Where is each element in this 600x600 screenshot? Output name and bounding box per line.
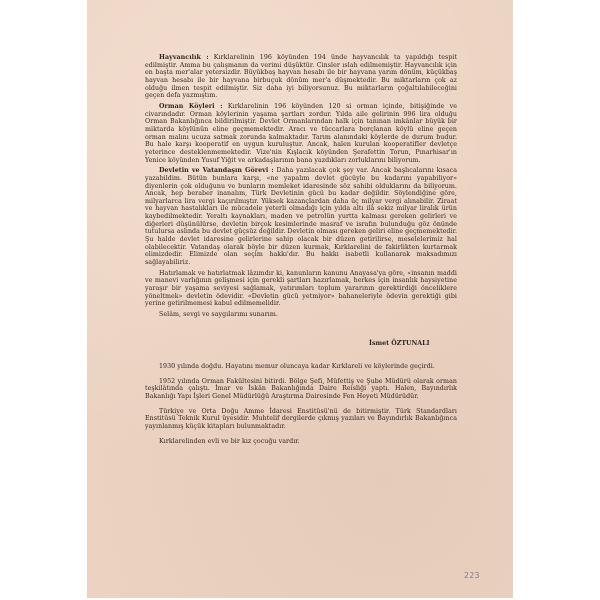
- paragraph-text: Kırklarelinin 196 köyünden 194 ünde hayv…: [145, 54, 457, 99]
- section-heading: Orman Köyleri :: [159, 103, 223, 110]
- paragraph-hayvancilik: Hayvancılık : Kırklarelinin 196 köyünden…: [145, 54, 457, 100]
- paragraph-text: Daha yazılacak çok şey var. Ancak başlıc…: [145, 167, 457, 266]
- paragraph-hatirlamak: Hatırlamak ve hatırlatmak lâzımdır ki, k…: [145, 270, 457, 308]
- signature: İsmet ÖZTUNALI: [369, 340, 430, 347]
- paragraph-devletin-gorevi: Devletin ve Vatandaşın Görevi : Daha yaz…: [145, 167, 457, 267]
- section-heading: Hayvancılık :: [159, 54, 209, 61]
- paragraph-orman-koyleri: Orman Köyleri : Kırklarelinin 196 köyünd…: [145, 103, 457, 164]
- bio-paragraph: 1952 yılında Orman Fakültesini bitirdi. …: [145, 378, 457, 401]
- letter-body: Hayvancılık : Kırklarelinin 196 köyünden…: [145, 54, 457, 319]
- document-page: Hayvancılık : Kırklarelinin 196 köyünden…: [87, 0, 513, 598]
- biography: 1930 yılında doğdu. Hayatını memur olunc…: [145, 363, 457, 445]
- paragraph-text: Selâm, sevgi ve saygılarımı sunarım.: [159, 311, 278, 318]
- bio-paragraph: Kırklarelinden evli ve bir kız çocuğu va…: [145, 438, 457, 446]
- section-heading: Devletin ve Vatandaşın Görevi :: [159, 167, 274, 174]
- paragraph-closing: Selâm, sevgi ve saygılarımı sunarım.: [145, 311, 457, 319]
- bio-paragraph: Türkiye ve Orta Doğu Amme İdaresi Enstit…: [145, 408, 457, 431]
- page-number: 223: [464, 571, 480, 580]
- paragraph-text: Kırklarelinin 196 köyünden 120 si orman …: [145, 103, 457, 164]
- bio-paragraph: 1930 yılında doğdu. Hayatını memur olunc…: [145, 363, 457, 371]
- paragraph-text: Hatırlamak ve hatırlatmak lâzımdır ki, k…: [145, 270, 457, 308]
